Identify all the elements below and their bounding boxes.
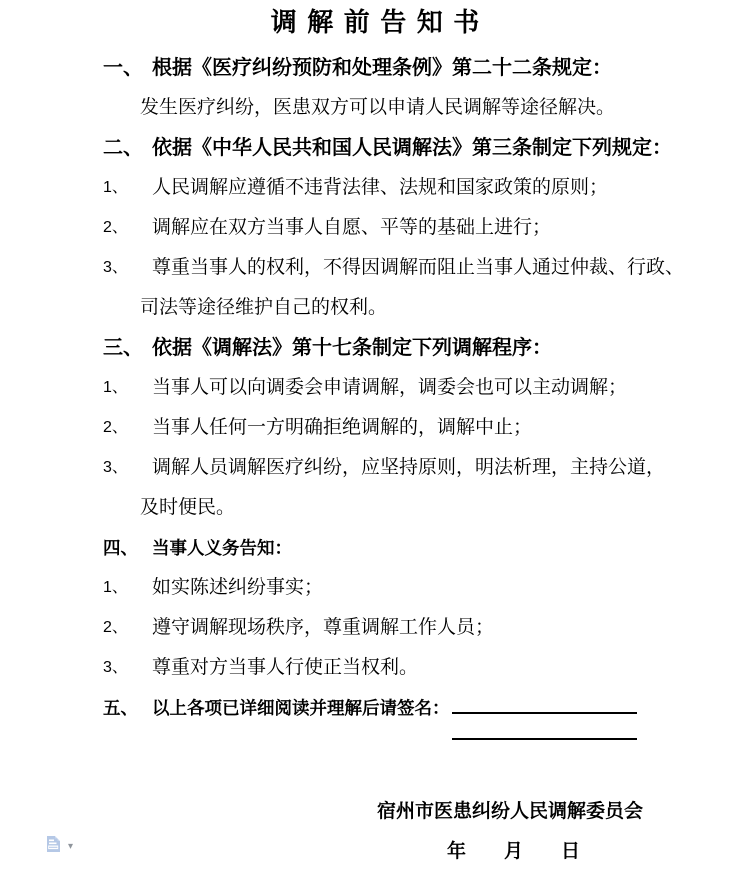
section-4-item-1: 1、 如实陈述纠纷事实；: [0, 568, 752, 608]
item-text: 尊重对方当事人行使正当权利。: [140, 648, 732, 688]
page-title: 调 解 前 告 知 书: [0, 0, 752, 42]
item-text: 尊重当事人的权利，不得因调解而阻止当事人通过仲裁、行政、 司法等途径维护自己的权…: [140, 248, 732, 328]
signature-line-1: [452, 699, 637, 714]
section-2-heading: 二、 依据《中华人民共和国人民调解法》第三条制定下列规定：: [0, 128, 752, 168]
section-3-item-1: 1、 当事人可以向调委会申请调解，调委会也可以主动调解；: [0, 368, 752, 408]
section-3-heading-text: 依据《调解法》第十七条制定下列调解程序：: [140, 328, 732, 368]
section-1-label: 一、: [103, 48, 143, 88]
paste-options-icon: [46, 835, 63, 859]
section-3-label: 三、: [103, 328, 143, 368]
section-2-item-2: 2、 调解应在双方当事人自愿、平等的基础上进行；: [0, 208, 752, 248]
item-text: 调解人员调解医疗纠纷，应坚持原则，明法析理，主持公道， 及时便民。: [140, 448, 732, 528]
section-5-heading-text: 以上各项已详细阅读并理解后请签名：: [152, 698, 450, 718]
item-text: 当事人可以向调委会申请调解，调委会也可以主动调解；: [140, 368, 732, 408]
section-4-heading-text: 当事人义务告知：: [140, 528, 732, 568]
item-text: 当事人任何一方明确拒绝调解的，调解中止；: [140, 408, 732, 448]
paste-options-button[interactable]: ▾: [46, 835, 73, 859]
document-page: 调 解 前 告 知 书 一、 根据《医疗纠纷预防和处理条例》第二十二条规定： 发…: [0, 0, 752, 883]
section-4-label: 四、: [103, 528, 138, 568]
item-number: 1、: [103, 168, 128, 208]
committee-name: 宿州市医患纠纷人民调解委员会: [0, 792, 752, 832]
date-line: 年 月 日: [0, 832, 752, 872]
section-1-heading: 一、 根据《医疗纠纷预防和处理条例》第二十二条规定：: [0, 48, 752, 88]
section-2-label: 二、: [103, 128, 143, 168]
item-text: 遵守调解现场秩序，尊重调解工作人员；: [140, 608, 732, 648]
item-text: 调解应在双方当事人自愿、平等的基础上进行；: [140, 208, 732, 248]
section-3-item-2: 2、 当事人任何一方明确拒绝调解的，调解中止；: [0, 408, 752, 448]
section-4-heading: 四、 当事人义务告知：: [0, 528, 752, 568]
item-number: 2、: [103, 208, 128, 248]
item-number: 1、: [103, 368, 128, 408]
item-number: 2、: [103, 608, 128, 648]
item-number: 1、: [103, 568, 128, 608]
section-5-heading: 五、以上各项已详细阅读并理解后请签名：: [0, 688, 752, 728]
section-3-item-3: 3、 调解人员调解医疗纠纷，应坚持原则，明法析理，主持公道， 及时便民。: [0, 448, 752, 528]
section-1-heading-text: 根据《医疗纠纷预防和处理条例》第二十二条规定：: [140, 48, 732, 88]
item-number: 3、: [103, 648, 128, 688]
item-text: 人民调解应遵循不违背法律、法规和国家政策的原则；: [140, 168, 732, 208]
section-2-item-1: 1、 人民调解应遵循不违背法律、法规和国家政策的原则；: [0, 168, 752, 208]
item-number: 3、: [103, 448, 128, 488]
item-number: 2、: [103, 408, 128, 448]
section-2-item-3: 3、 尊重当事人的权利，不得因调解而阻止当事人通过仲裁、行政、 司法等途径维护自…: [0, 248, 752, 328]
section-1-paragraph: 发生医疗纠纷，医患双方可以申请人民调解等途径解决。: [0, 88, 752, 128]
section-4-item-3: 3、 尊重对方当事人行使正当权利。: [0, 648, 752, 688]
section-3-heading: 三、 依据《调解法》第十七条制定下列调解程序：: [0, 328, 752, 368]
chevron-down-icon: ▾: [68, 842, 73, 852]
signature-line-2: [452, 725, 637, 740]
signature-line-2-row: [0, 728, 752, 768]
item-text: 如实陈述纠纷事实；: [140, 568, 732, 608]
section-1-paragraph-text: 发生医疗纠纷，医患双方可以申请人民调解等途径解决。: [140, 88, 732, 128]
section-5-label: 五、: [103, 688, 138, 728]
section-2-heading-text: 依据《中华人民共和国人民调解法》第三条制定下列规定：: [140, 128, 732, 168]
item-number: 3、: [103, 248, 128, 288]
section-4-item-2: 2、 遵守调解现场秩序，尊重调解工作人员；: [0, 608, 752, 648]
